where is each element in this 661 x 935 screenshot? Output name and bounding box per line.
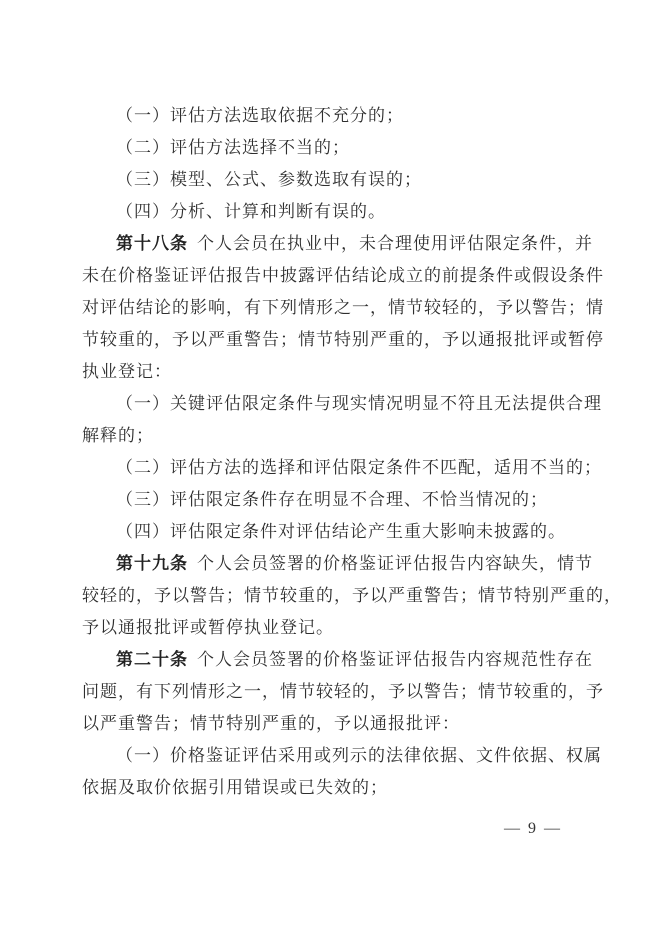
line-text: （二）评估方法选择不当的； — [116, 138, 350, 157]
doc-line-item: （二）评估方法选择不当的； — [82, 132, 587, 164]
line-text: 个人会员签署的价格鉴证评估报告内容规范性存在 — [197, 650, 593, 669]
line-text: （一）评估方法选取依据不充分的； — [116, 106, 404, 125]
line-text: 个人会员签署的价格鉴证评估报告内容缺失，情节 — [197, 554, 593, 573]
doc-line-item: （四）分析、计算和判断有误的。 — [82, 196, 587, 228]
doc-line: 执业登记： — [82, 356, 587, 388]
doc-line-article-20: 第二十条个人会员签署的价格鉴证评估报告内容规范性存在 — [82, 644, 587, 676]
doc-line: 予以通报批评或暂停执业登记。 — [82, 612, 587, 644]
doc-line-item: （四）评估限定条件对评估结论产生重大影响未披露的。 — [82, 516, 587, 548]
doc-line-item: （二）评估方法的选择和评估限定条件不匹配，适用不当的； — [82, 452, 587, 484]
line-text: （三）模型、公式、参数选取有误的； — [116, 170, 422, 189]
doc-line-article-18: 第十八条个人会员在执业中，未合理使用评估限定条件，并 — [82, 228, 587, 260]
line-text: （四）分析、计算和判断有误的。 — [116, 202, 386, 221]
doc-line-article-19: 第十九条个人会员签署的价格鉴证评估报告内容缺失，情节 — [82, 548, 587, 580]
line-text: 未在价格鉴证评估报告中披露评估结论成立的前提条件或假设条件 — [82, 266, 604, 285]
doc-line: 问题，有下列情形之一，情节较轻的，予以警告；情节较重的，予 — [82, 676, 587, 708]
line-text: 节较重的，予以严重警告；情节特别严重的，予以通报批评或暂停 — [82, 330, 604, 349]
doc-line: 对评估结论的影响，有下列情形之一，情节较轻的，予以警告；情 — [82, 292, 587, 324]
line-text: 依据及取价依据引用错误或已失效的； — [82, 778, 388, 797]
line-text: 解释的； — [82, 426, 154, 445]
doc-line-item: （三）评估限定条件存在明显不合理、不恰当情况的； — [82, 484, 587, 516]
doc-line: 未在价格鉴证评估报告中披露评估结论成立的前提条件或假设条件 — [82, 260, 587, 292]
doc-line: 解释的； — [82, 420, 587, 452]
line-text: （四）评估限定条件对评估结论产生重大影响未披露的。 — [116, 522, 566, 541]
doc-line-item: （一）价格鉴证评估采用或列示的法律依据、文件依据、权属 — [82, 740, 587, 772]
line-text: 执业登记： — [82, 362, 172, 381]
line-text: 对评估结论的影响，有下列情形之一，情节较轻的，予以警告；情 — [82, 298, 604, 317]
doc-line: 较轻的，予以警告；情节较重的，予以严重警告；情节特别严重的， — [82, 580, 587, 612]
doc-line-item: （一）评估方法选取依据不充分的； — [82, 100, 587, 132]
line-text: （二）评估方法的选择和评估限定条件不匹配，适用不当的； — [116, 458, 602, 477]
doc-line: 依据及取价依据引用错误或已失效的； — [82, 772, 587, 804]
article-19-heading: 第十九条 — [116, 554, 188, 573]
line-text: 个人会员在执业中，未合理使用评估限定条件，并 — [197, 234, 593, 253]
line-text: （一）价格鉴证评估采用或列示的法律依据、文件依据、权属 — [116, 746, 602, 765]
line-text: 较轻的，予以警告；情节较重的，予以严重警告；情节特别严重的， — [82, 586, 622, 605]
document-page: （一）评估方法选取依据不充分的； （二）评估方法选择不当的； （三）模型、公式、… — [0, 0, 661, 935]
article-20-heading: 第二十条 — [116, 650, 188, 669]
line-text: （一）关键评估限定条件与现实情况明显不符且无法提供合理 — [116, 394, 602, 413]
line-text: （三）评估限定条件存在明显不合理、不恰当情况的； — [116, 490, 548, 509]
line-text: 以严重警告；情节特别严重的，予以通报批评： — [82, 714, 460, 733]
line-text: 问题，有下列情形之一，情节较轻的，予以警告；情节较重的，予 — [82, 682, 604, 701]
body-text: （一）评估方法选取依据不充分的； （二）评估方法选择不当的； （三）模型、公式、… — [82, 100, 587, 804]
doc-line: 节较重的，予以严重警告；情节特别严重的，予以通报批评或暂停 — [82, 324, 587, 356]
line-text: 予以通报批评或暂停执业登记。 — [82, 618, 334, 637]
doc-line: 以严重警告；情节特别严重的，予以通报批评： — [82, 708, 587, 740]
doc-line-item: （一）关键评估限定条件与现实情况明显不符且无法提供合理 — [82, 388, 587, 420]
page-number: — 9 — — [504, 818, 562, 840]
doc-line-item: （三）模型、公式、参数选取有误的； — [82, 164, 587, 196]
article-18-heading: 第十八条 — [116, 234, 188, 253]
